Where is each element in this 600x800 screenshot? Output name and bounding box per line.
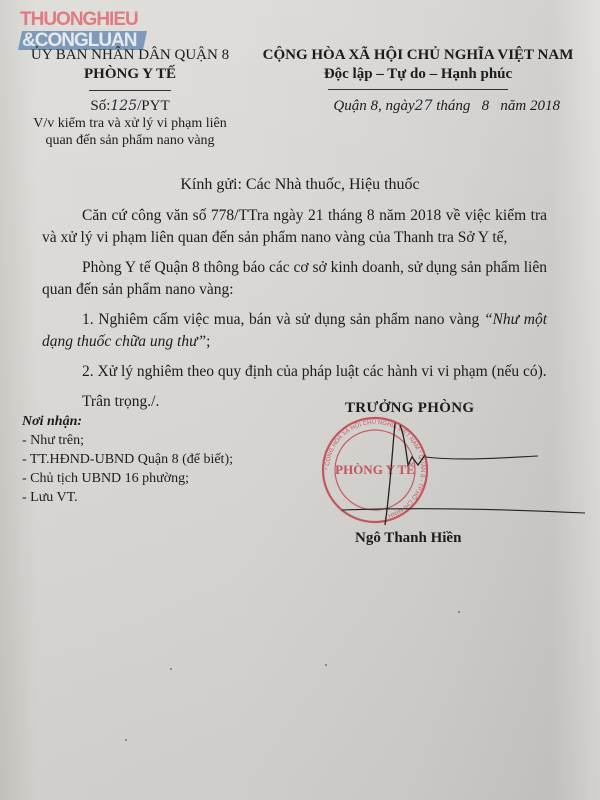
watermark-line1: THUONGHIEU <box>20 10 150 30</box>
addressee-line: Kính gửi: Các Nhà thuốc, Hiệu thuốc <box>0 176 600 194</box>
national-motto: Độc lập – Tự do – Hạnh phúc <box>258 64 578 84</box>
document-date: Quận 8, ngày27 tháng 8 năm 2018 <box>258 96 578 116</box>
signer-title: TRƯỞNG PHÒNG <box>345 400 474 417</box>
recipients-title: Nơi nhận: <box>22 412 233 431</box>
motto-underline <box>328 89 508 90</box>
handwritten-number: 125 <box>110 98 137 114</box>
recipient-item: - Như trên; <box>22 431 233 450</box>
national-header: CỘNG HÒA XÃ HỘI CHỦ NGHĨA VIỆT NAM Độc l… <box>258 46 578 116</box>
nation-name: CỘNG HÒA XÃ HỘI CHỦ NGHĨA VIỆT NAM <box>258 46 578 64</box>
issuing-agency-header: ỦY BAN NHÂN DÂN QUẬN 8 PHÒNG Y TẾ Số:125… <box>30 46 230 149</box>
watermark-logo: THUONGHIEU &CONGLUAN <box>20 10 150 51</box>
agency-name: ỦY BAN NHÂN DÂN QUẬN 8 <box>30 46 230 64</box>
document-body: Căn cứ công văn số 778/TTra ngày 21 thán… <box>42 205 547 421</box>
recipient-item: - Chủ tịch UBND 16 phường; <box>22 469 233 488</box>
body-paragraph-2: Phòng Y tế Quận 8 thông báo các cơ sở ki… <box>42 257 547 301</box>
paper-speck <box>170 668 172 670</box>
paper-speck <box>325 664 327 666</box>
recipient-item: - TT.HĐND-UBND Quận 8 (để biết); <box>22 450 233 469</box>
body-item-2: 2. Xử lý nghiêm theo quy định của pháp l… <box>42 361 547 383</box>
paper-speck <box>458 611 460 613</box>
subject-line-2: quan đến sản phẩm nano vàng <box>30 132 230 149</box>
paper-speck <box>125 739 127 741</box>
handwritten-day: 27 <box>415 98 433 114</box>
department-name: PHÒNG Y TẾ <box>30 64 230 84</box>
body-item-1: 1. Nghiêm cấm việc mua, bán và sử dụng s… <box>42 309 547 353</box>
recipient-item: - Lưu VT. <box>22 488 233 507</box>
signer-name: Ngô Thanh Hiền <box>355 530 461 547</box>
recipients-list: Nơi nhận: - Như trên; - TT.HĐND-UBND Quậ… <box>22 412 233 507</box>
agency-underline <box>89 90 171 91</box>
document-number: Số:125/PYT <box>30 97 230 115</box>
subject-line-1: V/v kiểm tra và xử lý vi phạm liên <box>30 115 230 132</box>
body-paragraph-1: Căn cứ công văn số 778/TTra ngày 21 thán… <box>42 205 547 249</box>
signature-block: * CỘNG HÒA XÃ HỘI CHỦ NGHĨA VIỆT NAM * Q… <box>300 395 560 555</box>
